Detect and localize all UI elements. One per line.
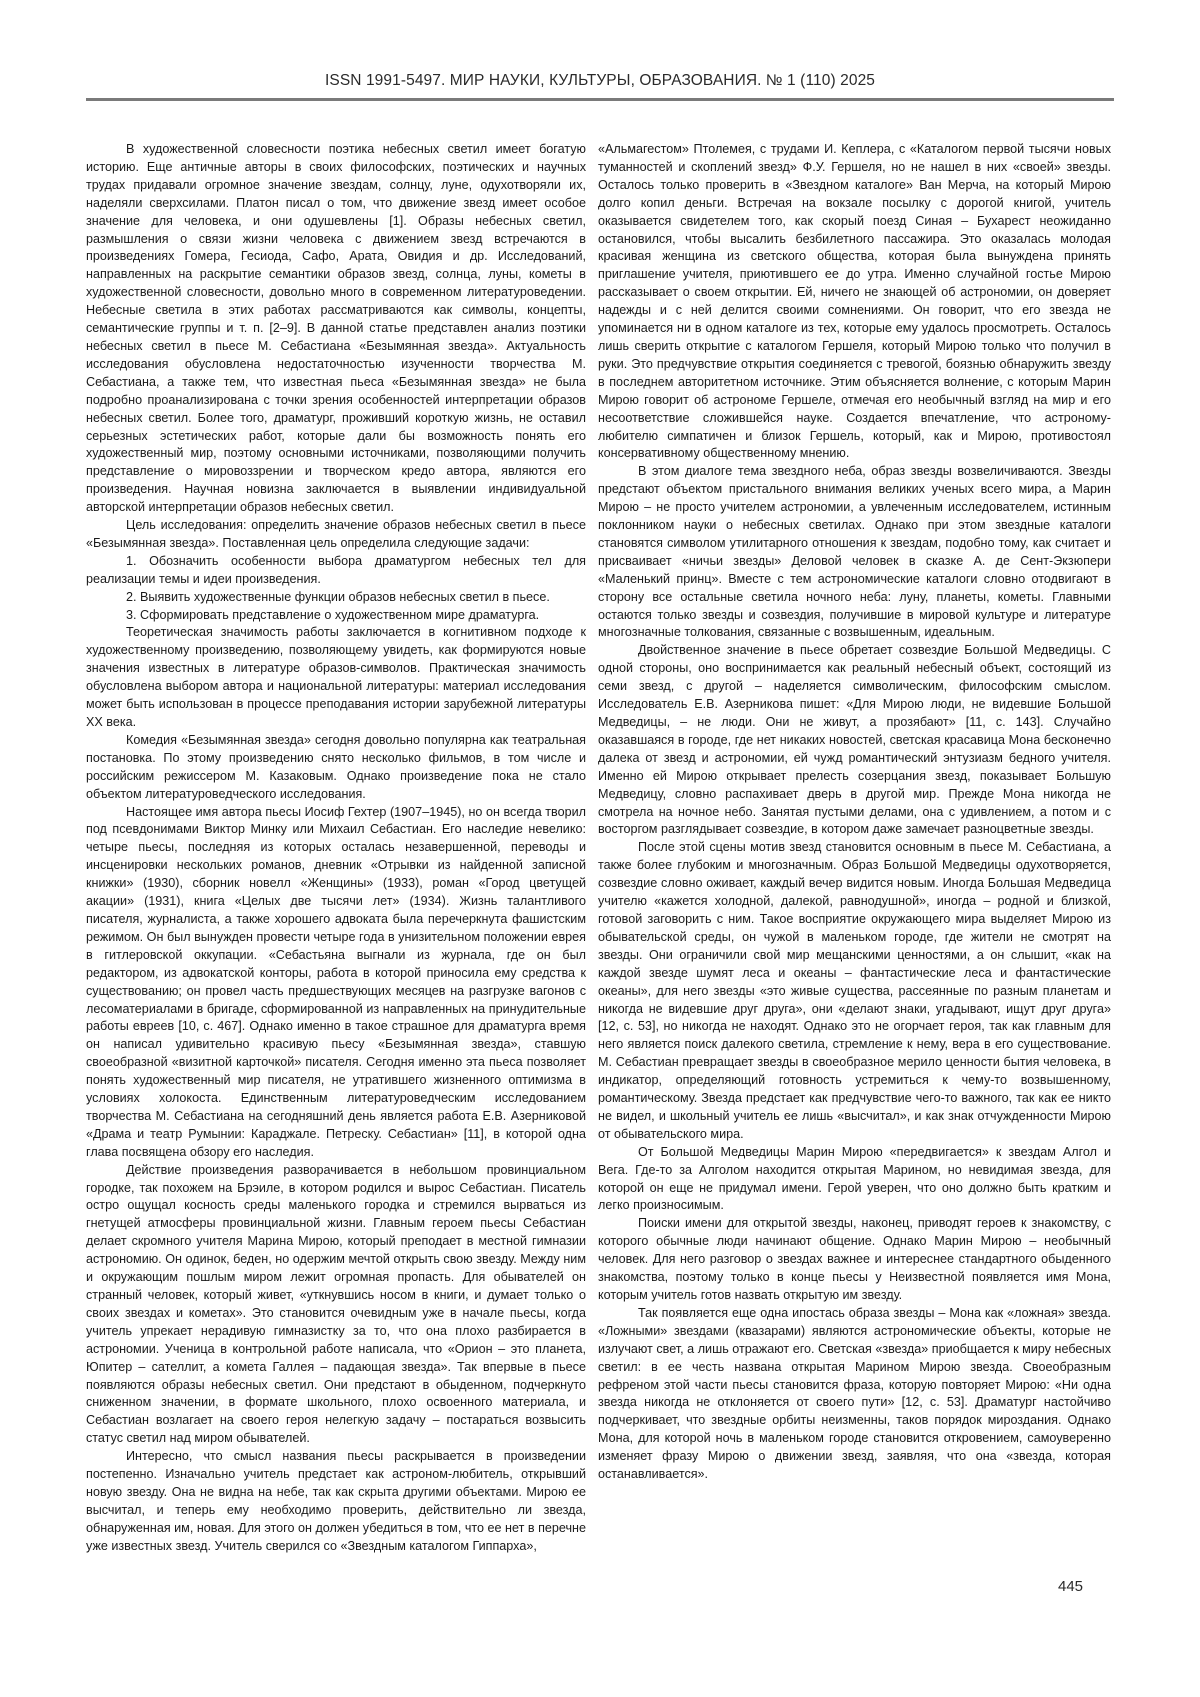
star-motif-paragraph: После этой сцены мотив звезд становится …	[598, 839, 1111, 1143]
ursa-major-paragraph: Двойственное значение в пьесе обретает с…	[598, 642, 1111, 839]
false-star-paragraph: Так появляется еще одна ипостась образа …	[598, 1305, 1111, 1484]
header-divider	[86, 98, 1114, 101]
plot-paragraph: Действие произведения разворачивается в …	[86, 1162, 586, 1449]
task-item: 3. Сформировать представление о художест…	[86, 607, 586, 625]
running-header: ISSN 1991-5497. МИР НАУКИ, КУЛЬТУРЫ, ОБР…	[86, 72, 1114, 90]
dialogue-theme-paragraph: В этом диалоге тема звездного неба, обра…	[598, 463, 1111, 642]
algol-vega-paragraph: От Большой Медведицы Марин Мирою «передв…	[598, 1144, 1111, 1216]
page-number: 445	[1058, 1578, 1083, 1595]
task-item: 1. Обозначить особенности выбора драмату…	[86, 553, 586, 589]
right-column: «Альмагестом» Птолемея, с трудами И. Кеп…	[598, 141, 1111, 1484]
tasks-list: 1. Обозначить особенности выбора драмату…	[86, 553, 586, 625]
star-name-paragraph: Поиски имени для открытой звезды, наконе…	[598, 1215, 1111, 1305]
title-meaning-paragraph: Интересно, что смысл названия пьесы раск…	[86, 1448, 586, 1555]
significance-paragraph: Теоретическая значимость работы заключае…	[86, 624, 586, 731]
author-biography-paragraph: Настоящее имя автора пьесы Иосиф Гехтер …	[86, 804, 586, 1162]
continued-paragraph: «Альмагестом» Птолемея, с трудами И. Кеп…	[598, 141, 1111, 463]
goal-paragraph: Цель исследования: определить значение о…	[86, 517, 586, 553]
task-item: 2. Выявить художественные функции образо…	[86, 589, 586, 607]
comedy-paragraph: Комедия «Безымянная звезда» сегодня дово…	[86, 732, 586, 804]
intro-paragraph: В художественной словесности поэтика неб…	[86, 141, 586, 517]
left-column: В художественной словесности поэтика неб…	[86, 141, 586, 1556]
